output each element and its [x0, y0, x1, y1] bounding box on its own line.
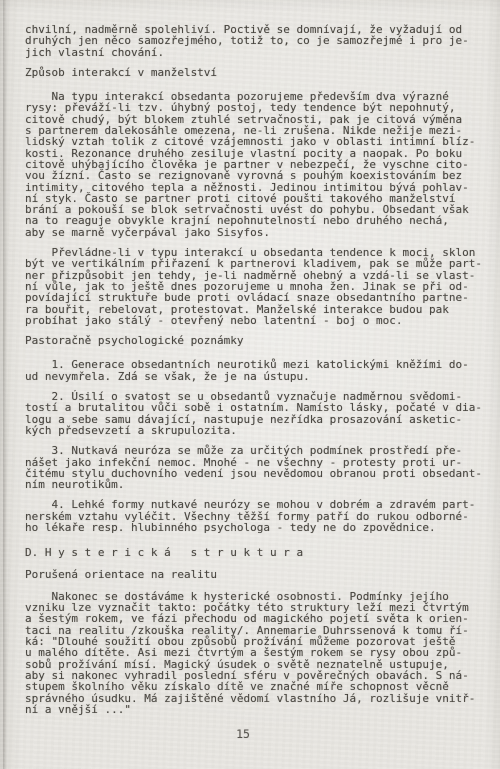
document-text: chvilní, nadměrně spolehliví. Poctivě se… [25, 24, 492, 715]
para-typ-interakci: Na typu interakcí obsedanta pozorujeme p… [25, 91, 492, 238]
item-1-generace: 1. Generace obsedantních neurotiků mezi … [25, 359, 492, 382]
item-4-lehke-formy: 4. Lehké formy nutkavé neurózy se mohou … [25, 499, 492, 533]
heading-pastoracni-poznamky: Pastoračně psychologické poznámky [25, 335, 492, 346]
item-3-nutkava-neuroza: 3. Nutkavá neuróza se může za určitých p… [25, 445, 492, 490]
subheading-porusena-orientace: Porušená orientace na realitu [25, 569, 492, 580]
item-2-usili-o-svatost: 2. Úsilí o svatost se u obsedantů vyznač… [25, 391, 492, 436]
para-trailing-spolehlivi: chvilní, nadměrně spolehliví. Poctivě se… [25, 24, 492, 58]
heading-zpusob-interakci: Způsob interakcí v manželství [25, 67, 492, 78]
para-prevladne-moc: Převládne-li v typu interakcí u obsedant… [25, 247, 492, 326]
heading-hystericka-struktura: D. H y s t e r i c k á s t r u k t u r a [25, 547, 492, 558]
scanned-page: chvilní, nadměrně spolehliví. Poctivě se… [0, 0, 500, 769]
page-number: 15 [0, 727, 486, 741]
para-nakonec-hysterie: Nakonec se dostáváme k hysterické osobno… [25, 591, 492, 715]
